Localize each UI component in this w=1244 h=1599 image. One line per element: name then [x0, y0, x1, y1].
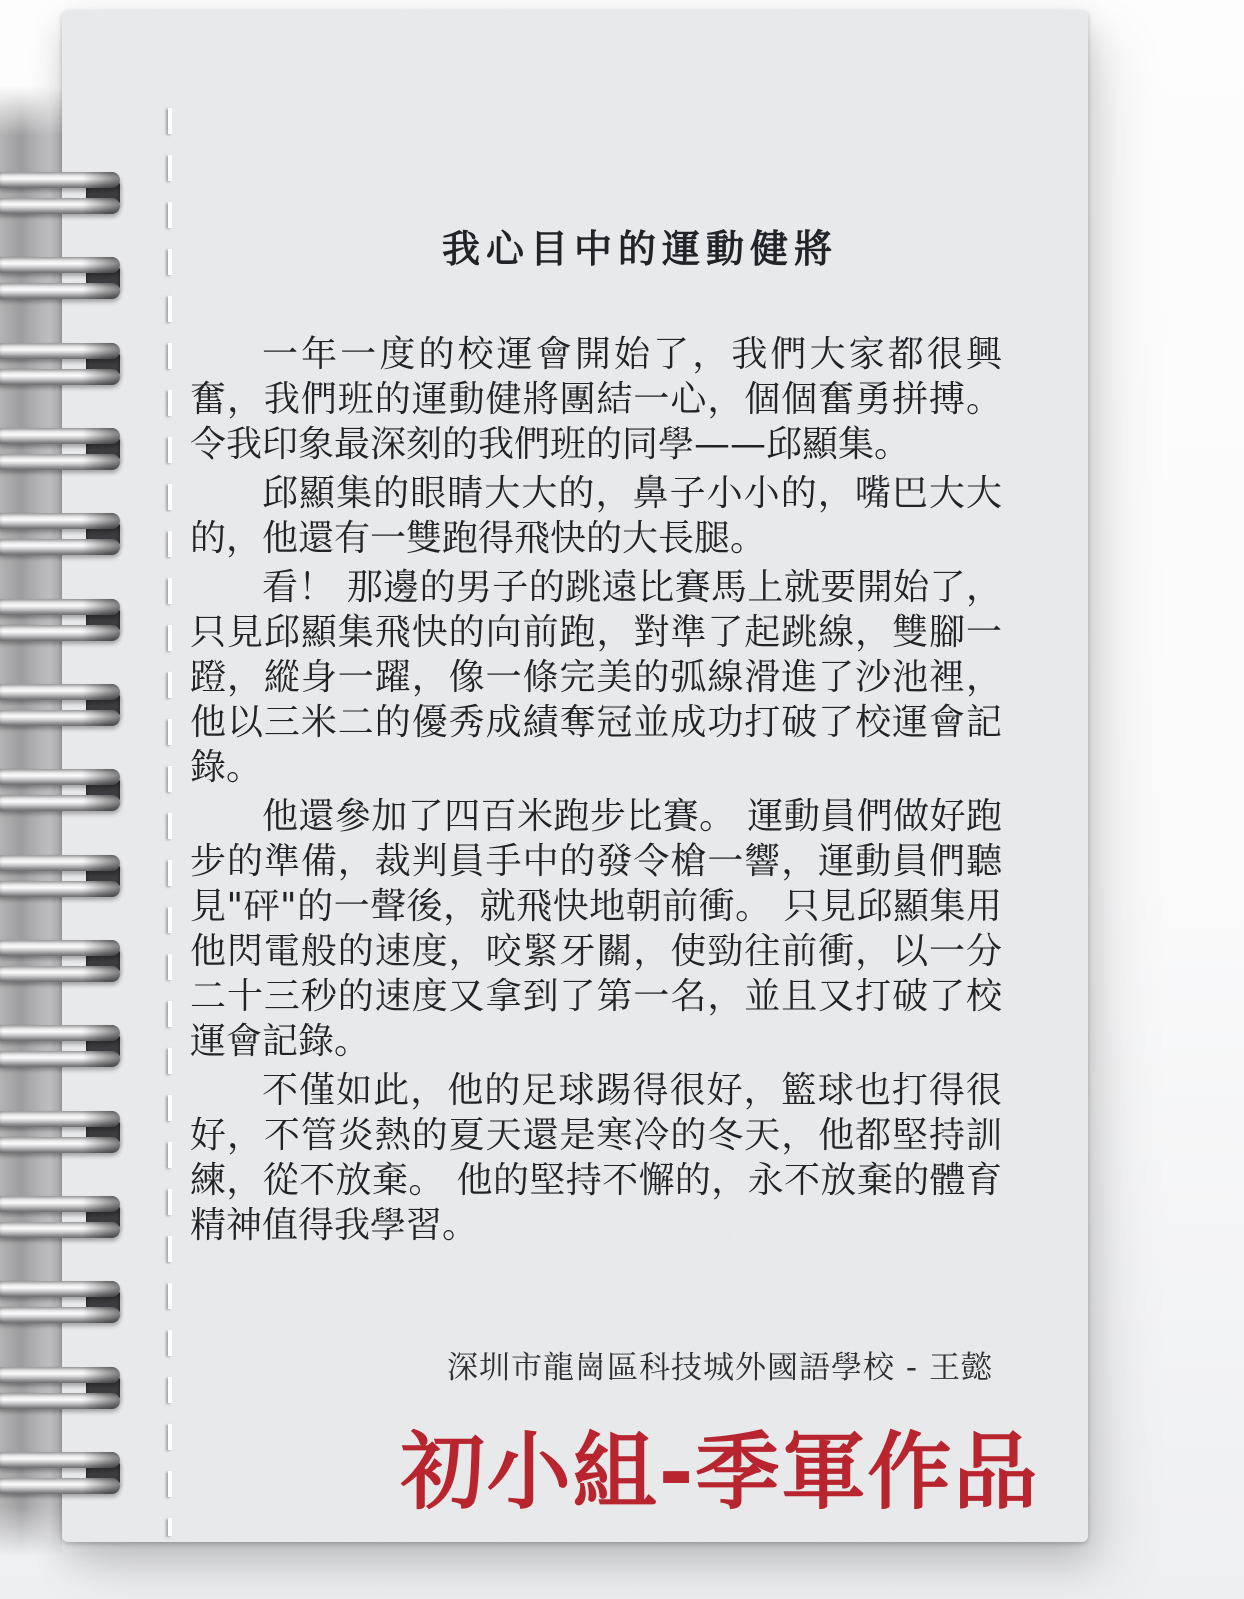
notebook-mockup: 我心目中的運動健將 一年一度的校運會開始了，我們大家都很興奮，我們班的運動健將團…: [0, 0, 1244, 1599]
notebook-page: 我心目中的運動健將 一年一度的校運會開始了，我們大家都很興奮，我們班的運動健將團…: [62, 10, 1088, 1542]
award-label: 初小組-季軍作品: [350, 1424, 1090, 1520]
essay-paragraph: 看！ 那邊的男子的跳遠比賽馬上就要開始了，只見邱顯集飛快的向前跑，對準了起跳線，…: [190, 565, 1002, 790]
attribution-line: 深圳市龍崗區科技城外國語學校 - 王懿: [350, 1349, 1090, 1387]
essay-paragraph: 他還參加了四百米跑步比賽。 運動員們做好跑步的準備，裁判員手中的發令槍一響，運動…: [190, 794, 1002, 1064]
essay-paragraph: 一年一度的校運會開始了，我們大家都很興奮，我們班的運動健將團結一心，個個奮勇拼搏…: [190, 332, 1002, 467]
essay-paragraph: 邱顯集的眼睛大大的，鼻子小小的，嘴巴大大的，他還有一雙跑得飛快的大長腿。: [190, 471, 1002, 561]
essay-paragraph: 不僅如此，他的足球踢得很好，籃球也打得很好，不管炎熱的夏天還是寒冷的冬天，他都堅…: [190, 1068, 1002, 1248]
perforation-line: [168, 108, 172, 1536]
essay-title: 我心目中的運動健將: [62, 229, 1088, 269]
essay-body: 一年一度的校運會開始了，我們大家都很興奮，我們班的運動健將團結一心，個個奮勇拼搏…: [190, 332, 1002, 1252]
binding-strip: [0, 86, 62, 1556]
